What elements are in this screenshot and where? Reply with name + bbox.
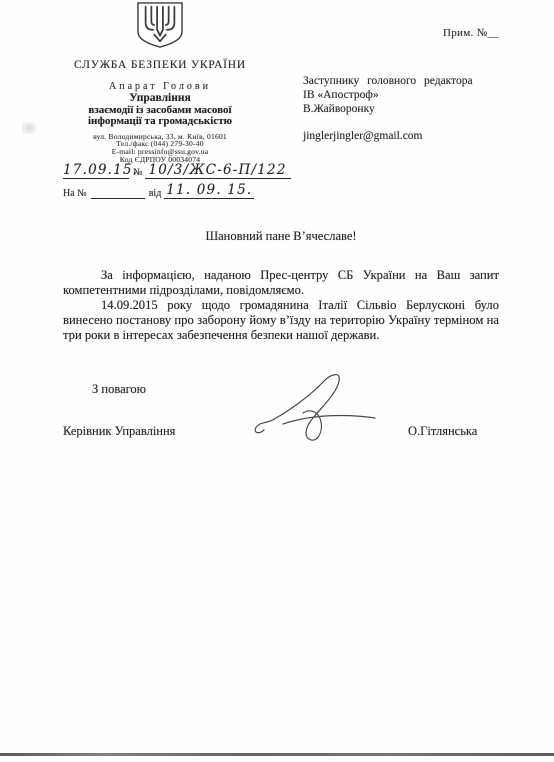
- department-line-3: інформації та громадськістю: [35, 116, 285, 128]
- incoming-from-label: від: [149, 188, 162, 199]
- recipient-block: Заступнику головного редактора ІВ «Апост…: [303, 74, 503, 143]
- signer-title: Керівник Управління: [63, 424, 175, 439]
- department-line-1: Управління: [35, 93, 285, 105]
- scanned-letter-page: Прим. №__ СЛУЖБА БЕЗПЕКИ УКРАЇНИ Апарат …: [0, 0, 554, 762]
- copy-number-label: Прим. №__: [443, 27, 499, 39]
- outgoing-number-handwriting: 10/3/ЖС-6-П/122: [148, 162, 286, 178]
- office-line: Апарат Голови: [35, 81, 285, 92]
- handwritten-signature-icon: [252, 370, 378, 444]
- outgoing-reference-row: 17.09.15. № 10/3/ЖС-6-П/122: [63, 158, 303, 179]
- outgoing-date-field: 17.09.15.: [63, 162, 129, 179]
- incoming-date-handwriting: 11. 09. 15.: [166, 182, 252, 198]
- closing-phrase: З повагою: [92, 382, 146, 397]
- signer-name: О.Гітлянська: [408, 424, 477, 439]
- org-name: СЛУЖБА БЕЗПЕКИ УКРАЇНИ: [35, 59, 285, 71]
- incoming-number-blank-field: [91, 187, 145, 199]
- incoming-reference-row: На № від 11. 09. 15.: [63, 180, 303, 199]
- scan-smudge-artifact: [22, 122, 36, 134]
- letterhead: СЛУЖБА БЕЗПЕКИ УКРАЇНИ Апарат Голови Упр…: [35, 0, 285, 164]
- body-paragraph-1: За інформацією, наданою Прес-центру СБ У…: [63, 268, 499, 298]
- ukraine-trident-emblem-icon: [134, 2, 186, 48]
- recipient-email: jinglerjingler@gmail.com: [303, 129, 503, 143]
- letter-body: За інформацією, наданою Прес-центру СБ У…: [63, 268, 499, 343]
- outgoing-date-handwriting: 17.09.15.: [63, 162, 138, 178]
- reference-block: 17.09.15. № 10/3/ЖС-6-П/122 На № від 11.…: [63, 158, 303, 199]
- number-sign-label: №: [133, 167, 143, 178]
- recipient-organization: ІВ «Апостроф»: [303, 88, 503, 102]
- outgoing-number-field: 10/3/ЖС-6-П/122: [145, 162, 291, 179]
- scan-bottom-edge-artifact: [0, 753, 554, 756]
- incoming-date-field: 11. 09. 15.: [164, 182, 254, 199]
- incoming-number-label: На №: [63, 188, 87, 199]
- body-paragraph-2: 14.09.2015 року щодо громадянина Італії …: [63, 298, 499, 343]
- recipient-position: Заступнику головного редактора: [303, 74, 503, 88]
- salutation: Шановний пане В’ячеславе!: [63, 229, 499, 244]
- recipient-name: В.Жайворонку: [303, 102, 503, 116]
